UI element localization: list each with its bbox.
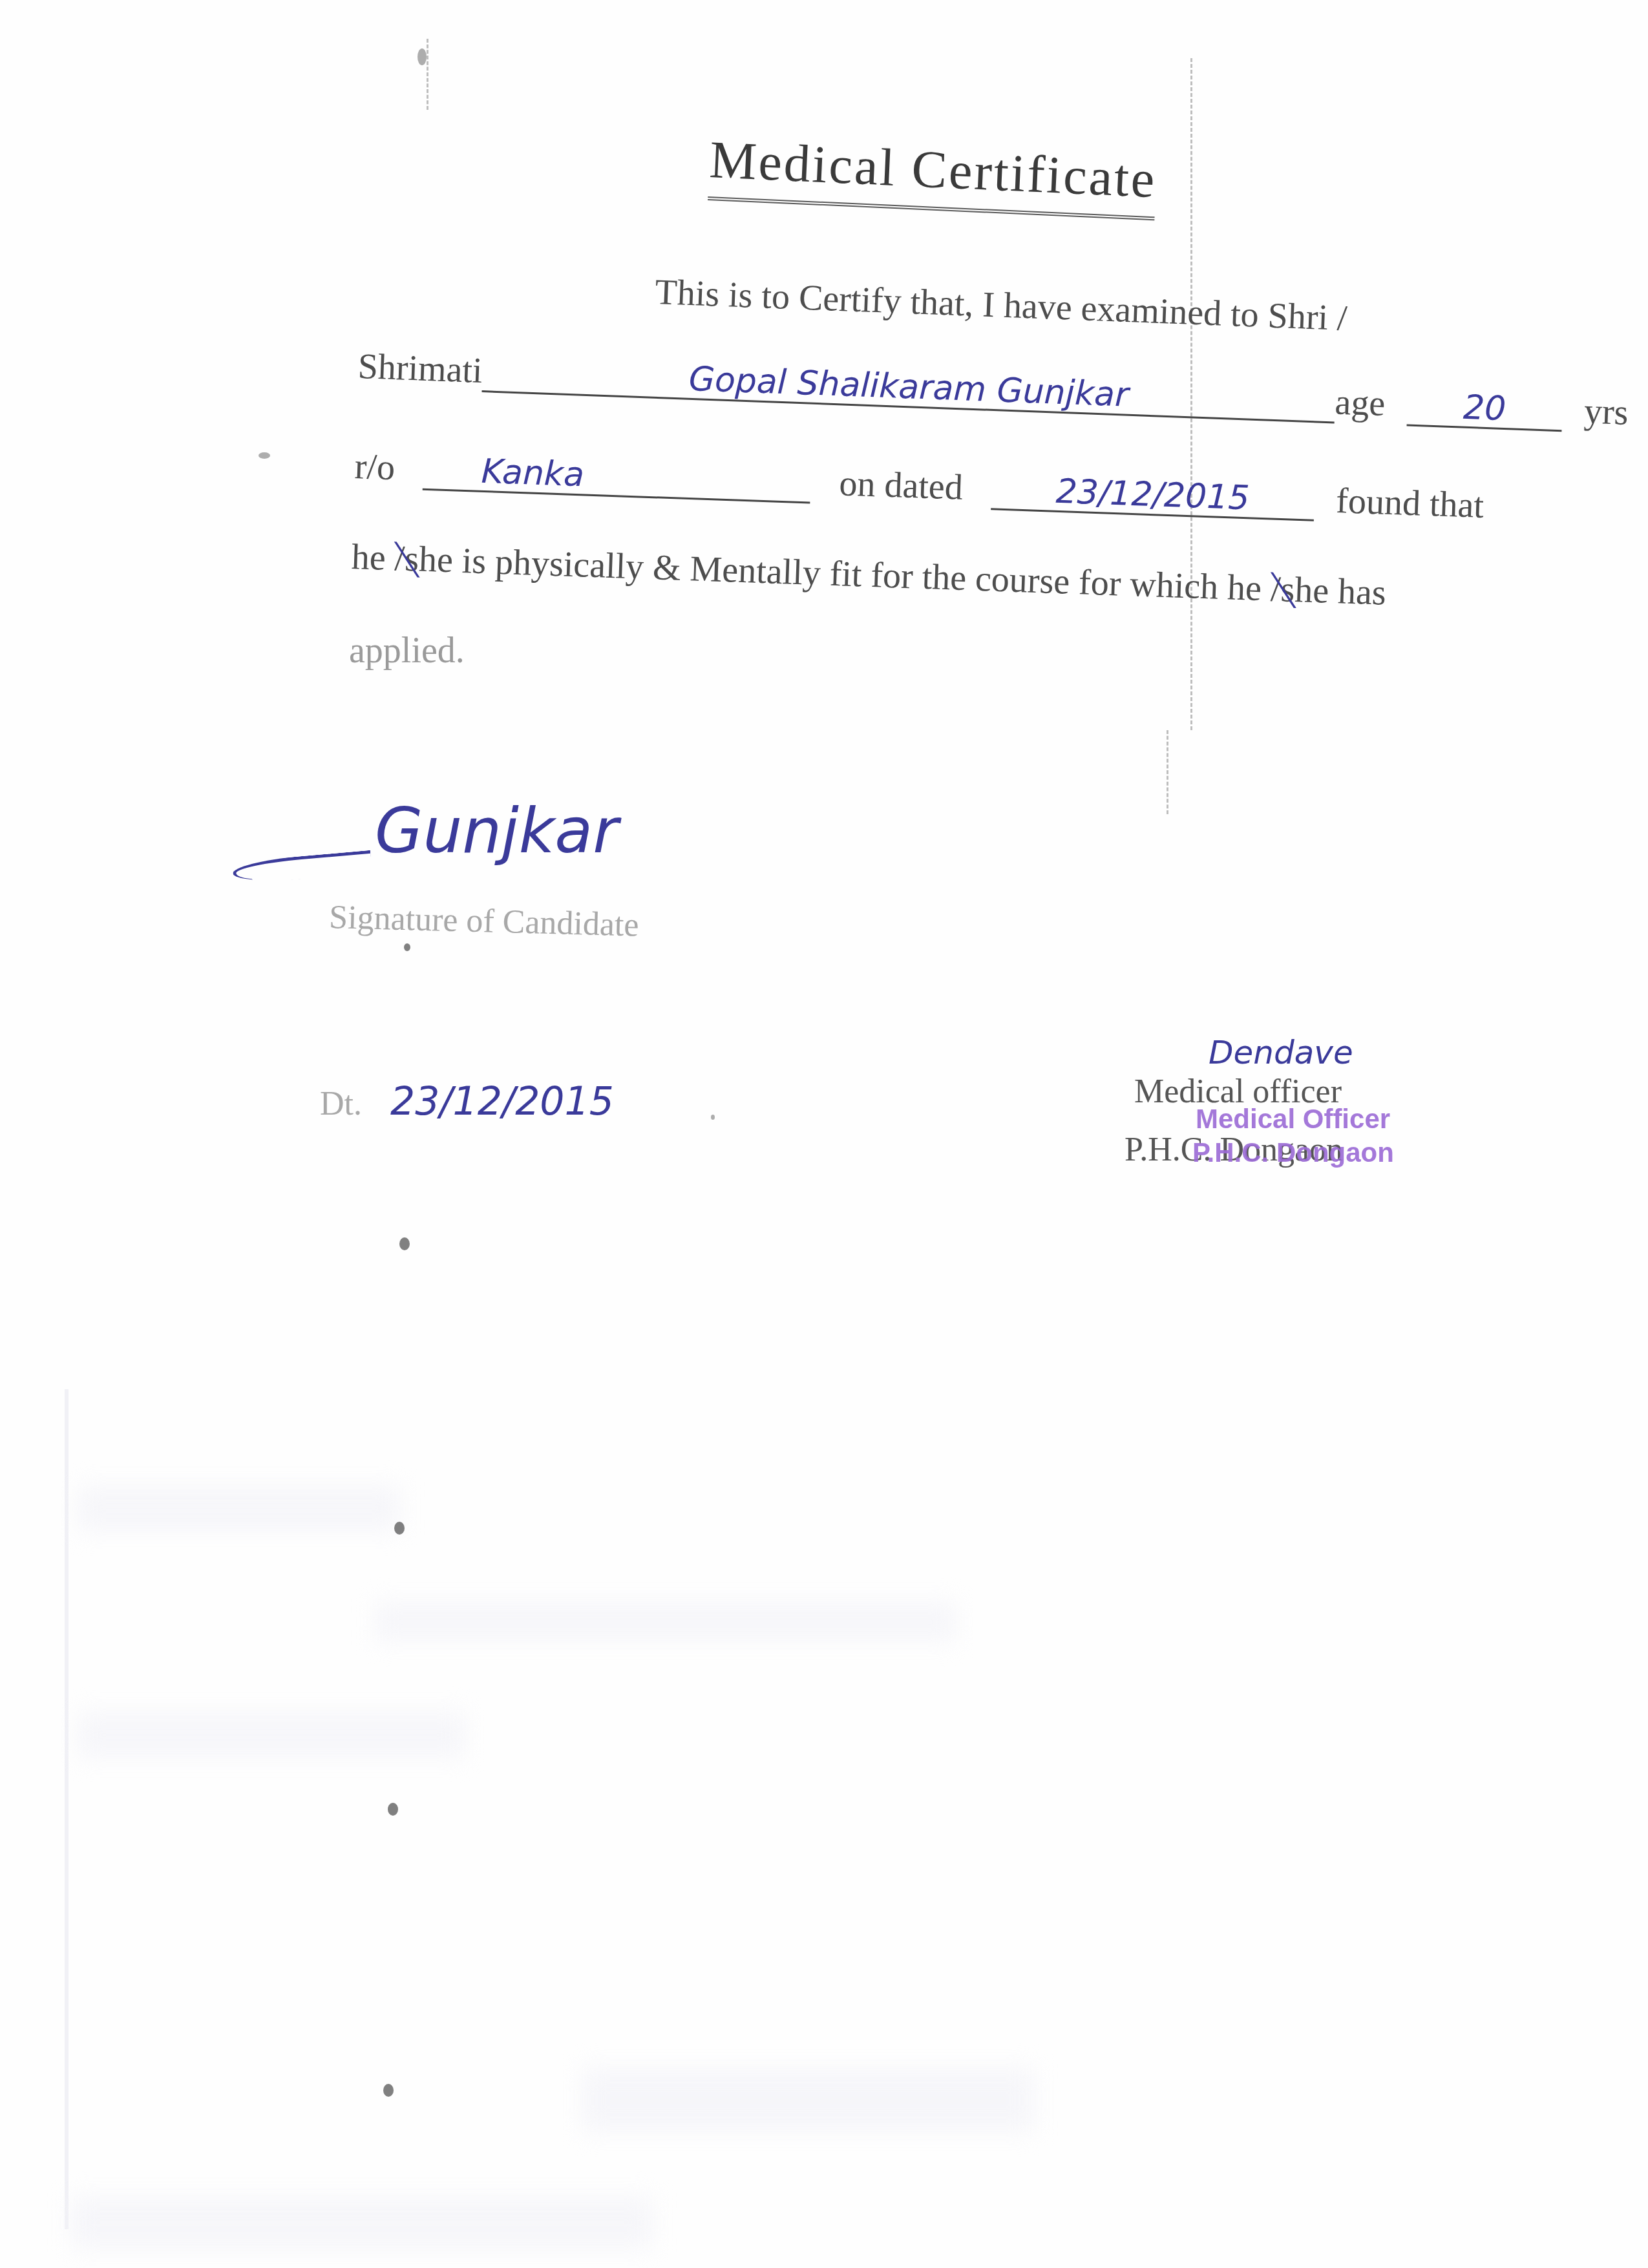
official-stamp-title: Medical Officer	[1196, 1104, 1390, 1135]
date-label: Dt.	[320, 1086, 362, 1122]
candidate-name-field: Gopal Shalikaram Gunjkar	[481, 352, 1335, 423]
date-value: 23/12/2015	[390, 1079, 614, 1124]
punch-hole	[394, 1522, 405, 1535]
punch-hole	[388, 1803, 398, 1816]
medical-officer-signature: Dendave	[1209, 1034, 1353, 1071]
bleed-through-artifact	[71, 2197, 653, 2249]
fitness-statement: is physically & Mentally fit for the cou…	[461, 541, 1220, 607]
bleed-through-artifact	[582, 2068, 1034, 2132]
honorific-label: Shrimati	[357, 346, 483, 391]
dated-field: 23/12/2015	[991, 470, 1315, 521]
age-value: 20	[1463, 388, 1506, 428]
punch-hole	[383, 2084, 394, 2097]
has-label: has	[1337, 571, 1387, 613]
candidate-signature: Gunjkar	[375, 795, 618, 867]
medical-officer-block: Dendave Medical officer P.H.C. Dongaon M…	[1131, 1034, 1493, 1202]
dated-value: 23/12/2015	[1055, 472, 1251, 518]
found-label: found that	[1335, 481, 1484, 526]
fold-line	[427, 39, 428, 110]
bleed-through-artifact	[78, 1486, 401, 1531]
ink-speck	[259, 452, 270, 459]
age-unit-label: yrs	[1583, 392, 1629, 433]
residence-value: Kanka	[481, 452, 585, 495]
applied-line: applied.	[349, 630, 465, 671]
punch-hole	[404, 943, 410, 951]
residence-date-line: r/o Kanka on dated 23/12/2015 found that	[354, 446, 1484, 527]
ink-speck	[417, 48, 427, 65]
age-label: age	[1335, 382, 1386, 424]
candidate-name-value: Gopal Shalikaram Gunjkar	[688, 360, 1130, 415]
official-stamp-location: P.H.C. Dongaon	[1192, 1137, 1394, 1168]
applied-label: applied.	[349, 631, 465, 671]
scan-edge-artifact	[65, 1389, 69, 2229]
bleed-through-artifact	[78, 1712, 465, 1758]
fitness-line: he /she is physically & Mentally fit for…	[351, 536, 1387, 614]
pronoun-she-struck-2: she	[1280, 569, 1329, 612]
dated-label: on dated	[839, 463, 964, 508]
candidate-signature-label: Signature of Candidate	[328, 898, 639, 945]
pronoun-she-struck: she	[404, 538, 454, 582]
residence-field: Kanka	[423, 450, 812, 504]
punch-hole	[399, 1237, 410, 1250]
date-row: Dt. 23/12/2015	[320, 1079, 614, 1124]
candidate-signature-stroke	[232, 850, 372, 885]
certify-intro-line: This is to Certify that, I have examined…	[655, 271, 1348, 339]
name-age-line: ShrimatiGopal Shalikaram Gunjkarage 20 y…	[357, 346, 1629, 434]
certificate-title: Medical Certificate	[708, 129, 1157, 220]
certificate-page: Medical Certificate This is to Certify t…	[0, 0, 1648, 2268]
fold-line	[1167, 730, 1168, 814]
ink-speck	[711, 1115, 715, 1120]
age-field: 20	[1406, 386, 1563, 432]
bleed-through-artifact	[375, 1602, 956, 1641]
intro-text: This is to Certify that, I have examined…	[655, 272, 1348, 339]
residence-label: r/o	[354, 446, 396, 488]
